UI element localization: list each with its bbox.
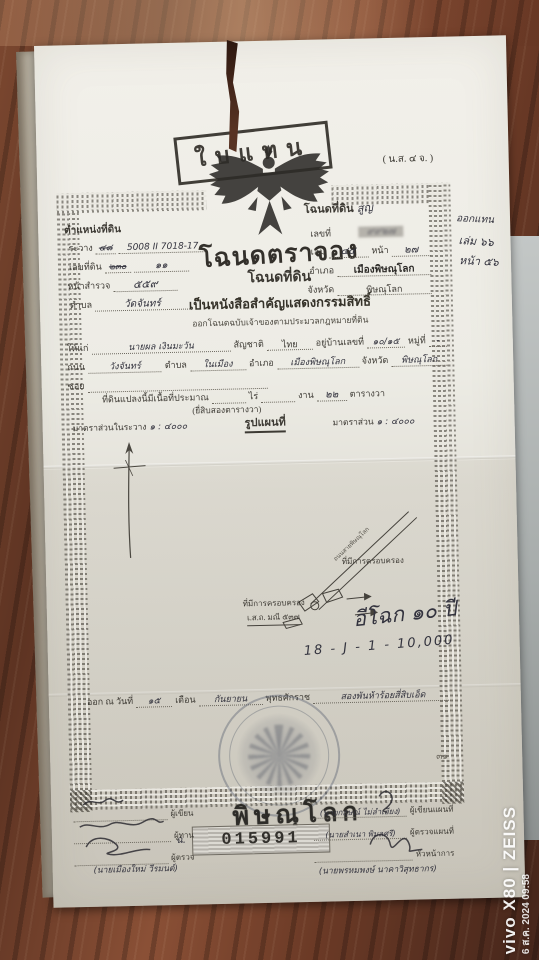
wa-label: ตารางวา: [350, 386, 386, 401]
scale-label: มาตราส่วน: [332, 414, 373, 429]
ornament-border-top-left: [56, 190, 206, 213]
ngan-label: งาน: [298, 388, 314, 402]
owner-province-value: พิษณุโลก: [391, 355, 447, 367]
page-mark: ๓๑: [436, 749, 448, 763]
owner-amphoe-label: อำเภอ: [249, 356, 274, 371]
deed-book-label: เล่ม: [311, 244, 326, 258]
area-wa-value: ๒๒: [317, 389, 347, 401]
address-label: อยู่บ้านเลขที่: [316, 335, 365, 350]
road-value: วังจันทร์: [88, 362, 162, 374]
deed-province-value: พิษณุโลก: [337, 284, 432, 297]
margin-note: ออกแทน: [456, 211, 495, 228]
address-value: ๑๐/๑๕: [367, 337, 405, 348]
tambon-label: ตำบล: [70, 298, 92, 312]
issue-month-label: เดือน: [175, 693, 196, 707]
signature-marks: [61, 776, 493, 896]
deed-header: โฉนดที่ดิน: [304, 199, 354, 218]
deed-header-note: สูญ: [356, 198, 374, 217]
occupied-land-label: ที่มีการครอบครอง: [243, 596, 305, 610]
deed-book-value: ๔๔: [328, 246, 368, 258]
owner-tambon-value: ในเมือง: [190, 360, 246, 372]
photo-of-thai-land-deed: { "watermark": { "device": "vivo X80 | Z…: [0, 0, 539, 960]
deed-page-label: หน้า: [371, 243, 388, 257]
owner-province-label: จังหวัด: [362, 353, 389, 368]
deed-page-value: ๒๗: [391, 245, 430, 257]
occupied-land-label: ที่มีการครอบครอง: [342, 554, 404, 568]
owner-amphoe-value: เมืองพิษณุโลก: [277, 357, 359, 369]
margin-note: หน้า ๕๖: [459, 251, 500, 271]
north-arrow: [105, 435, 152, 562]
camera-watermark-timestamp: 6 ส.ค. 2024 09:58: [519, 874, 534, 954]
area-ngan-blank: [261, 401, 295, 403]
deed-province-label: จังหวัด: [307, 282, 334, 297]
survey-page-value: ๕๕๙: [113, 278, 177, 292]
land-no-label: เลขที่ดิน: [69, 260, 102, 275]
nationality-value: ไทย: [267, 339, 313, 350]
surveyor-note: เ.ส.ถ. มณี ๕๓๗: [247, 610, 300, 626]
land-no-struck-value: ๒๓๐: [105, 262, 131, 273]
ravang-struck-value: ๔๘: [96, 244, 116, 255]
soi-label: ซอย: [68, 379, 85, 393]
deed-amphoe-label: อำเภอ: [309, 263, 334, 278]
scale-in-sheet-label: มาตราส่วนในระวาง: [73, 420, 147, 436]
scale-value: ๑ : ๔๐๐๐: [376, 413, 414, 428]
survey-page-label: หน้าสำรวจ: [67, 278, 110, 293]
grantee-value: นายผล เงินมะวัน: [91, 341, 230, 355]
deed-no-label: เลขที่: [310, 226, 331, 240]
issue-day: ๑๕: [136, 697, 172, 708]
land-deed-document: ใบแทน ( น.ส. ๔ จ. ) ตำแหน่งที่ดิน ระวาง …: [34, 35, 525, 907]
issue-prefix: ออก ณ วันที่: [87, 694, 134, 709]
moo-value: -: [429, 336, 447, 347]
position-header: ตำแหน่งที่ดิน: [64, 222, 121, 238]
owner-tambon-label: ตำบล: [165, 358, 187, 372]
ravang-label: ระวาง: [68, 241, 92, 256]
issue-year-text: สองพันห้าร้อยสี่สิบเอ็ด: [313, 690, 453, 704]
deed-amphoe-value: เมืองพิษณุโลก: [337, 264, 431, 278]
map-section-header: รูปแผนที่: [244, 412, 286, 433]
grantee-label: ให้แก่: [67, 341, 89, 355]
scale-in-sheet-value: ๑ : ๔๐๐๐: [149, 419, 187, 434]
moo-label: หมู่ที่: [408, 333, 426, 347]
margin-note: เล่ม ๖๖: [458, 231, 494, 251]
camera-watermark-device: vivo X80 | ZEISS: [500, 806, 520, 954]
deed-no-value-redacted: ๙๙๒๗: [359, 226, 404, 238]
nationality-label: สัญชาติ: [233, 337, 263, 352]
form-code: ( น.ส. ๔ จ. ): [382, 151, 433, 167]
road-label: ถนน: [67, 360, 85, 374]
